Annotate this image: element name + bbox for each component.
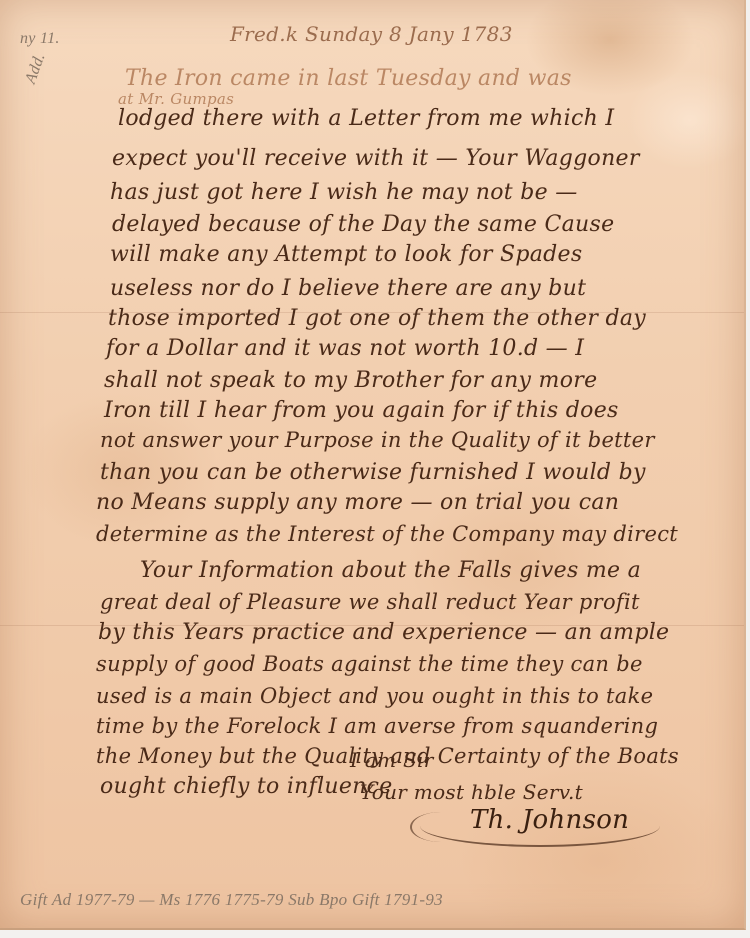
letter-line: The Iron came in last Tuesday and was [125,66,572,91]
archival-pencil-note: Gift Ad 1977-79 — Ms 1776 1775-79 Sub Bp… [20,890,443,910]
letter-line: shall not speak to my Brother for any mo… [104,368,597,393]
letter-line: ought chiefly to influence [100,774,393,799]
letter-heading: Fred.k Sunday 8 Jany 1783 [230,22,513,46]
margin-number-note: ny 11. [20,30,60,48]
letter-line: useless nor do I believe there are any b… [110,276,586,301]
letter-sheet: ny 11. Add. Fred.k Sunday 8 Jany 1783 Th… [0,0,746,930]
letter-line: lodged there with a Letter from me which… [118,106,614,131]
letter-line: great deal of Pleasure we shall reduct Y… [100,590,640,614]
signature-flourish [410,812,472,842]
letter-line: for a Dollar and it was not worth 10.d —… [106,336,584,361]
letter-line: than you can be otherwise furnished I wo… [100,460,646,485]
letter-line: delayed because of the Day the same Caus… [112,212,614,237]
letter-line: expect you'll receive with it — Your Wag… [112,146,640,171]
letter-line: those imported I got one of them the oth… [108,306,646,331]
letter-line: no Means supply any more — on trial you … [96,490,619,515]
margin-initials-note: Add. [22,51,50,86]
closing-valediction: Your most hble Serv.t [360,780,583,804]
letter-line: used is a main Object and you ought in t… [96,684,653,708]
letter-line: by this Years practice and experience — … [98,620,669,645]
letter-line: will make any Attempt to look for Spades [110,242,582,267]
closing-salutation: I am Sir [350,748,434,772]
letter-line: determine as the Interest of the Company… [96,522,678,546]
letter-line: not answer your Purpose in the Quality o… [100,428,655,452]
letter-line: Iron till I hear from you again for if t… [104,398,619,423]
letter-line: time by the Forelock I am averse from sq… [96,714,658,738]
letter-line: Your Information about the Falls gives m… [140,558,641,583]
letter-line: supply of good Boats against the time th… [96,652,643,676]
letter-line: has just got here I wish he may not be — [110,180,578,205]
